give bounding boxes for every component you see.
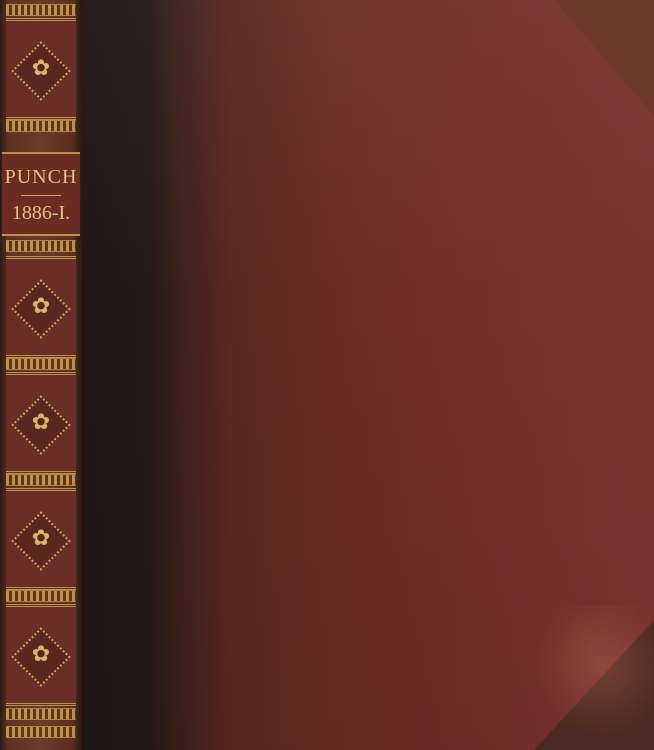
corner-wear — [524, 605, 654, 750]
flower-icon: ✿ — [6, 643, 76, 667]
flower-icon: ✿ — [6, 57, 76, 81]
flower-icon: ✿ — [6, 527, 76, 551]
spine-panel: ✿ — [6, 488, 76, 590]
spine-label: PUNCH 1886-I. — [2, 152, 80, 236]
book: ✿ PUNCH 1886-I. ✿ ✿ ✿ ✿ — [0, 0, 654, 750]
spine-panel: ✿ — [6, 256, 76, 358]
flower-icon: ✿ — [6, 295, 76, 319]
label-rule — [21, 195, 61, 196]
gilt-band — [6, 4, 76, 16]
spine-volume: 1886-I. — [2, 202, 80, 225]
gilt-band — [6, 474, 76, 486]
spine-panel: ✿ — [6, 18, 76, 120]
gilt-band — [6, 240, 76, 252]
gilt-band — [6, 120, 76, 132]
gilt-band — [6, 708, 76, 720]
spine-panel: ✿ — [6, 372, 76, 474]
gilt-band — [6, 590, 76, 602]
spine-panel: ✿ — [6, 604, 76, 706]
leather-corner-top — [554, 0, 654, 116]
flower-icon: ✿ — [6, 411, 76, 435]
gilt-band — [6, 726, 76, 738]
gilt-band — [6, 358, 76, 370]
spine-title: PUNCH — [2, 166, 80, 189]
spine: ✿ PUNCH 1886-I. ✿ ✿ ✿ ✿ — [0, 0, 82, 750]
